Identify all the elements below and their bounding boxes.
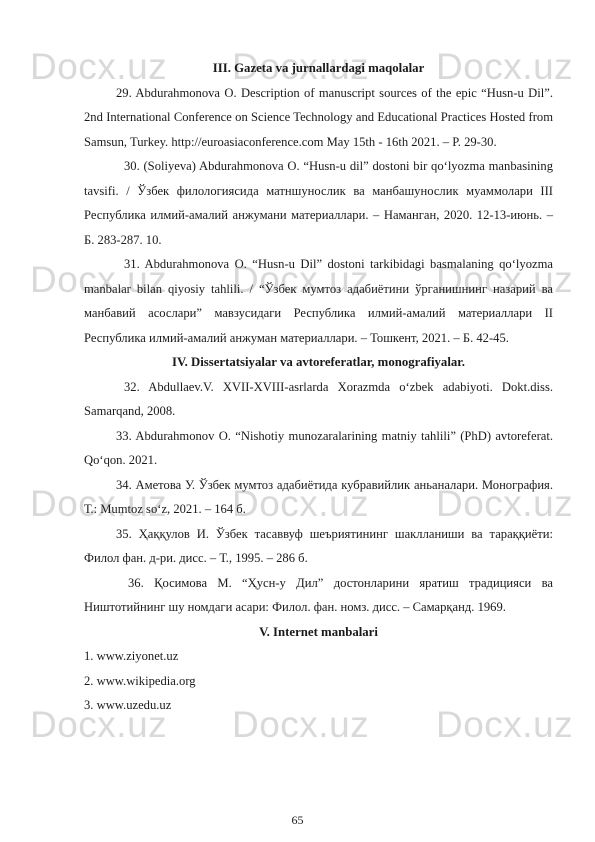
reference-entry-32: 32. Abdullaev.V. XVII-XVIII-asrlarda Xor… — [84, 375, 553, 424]
bibliography: III. Gazeta va jurnallardagi maqolalar 2… — [84, 56, 553, 718]
reference-entry-36: 36. Қосимова М. “Ҳусн-у Дил” достонларин… — [84, 571, 553, 620]
document-page: Docx.uz Docx.uz Docx.uz Docx.uz Docx.uz … — [0, 0, 595, 842]
reference-entry-30: 30. (Soliyeva) Abdurahmonova O. “Husn-u … — [84, 154, 553, 252]
reference-entry-31: 31. Abdurahmonova O. “Husn-u Dil” doston… — [84, 252, 553, 350]
section-heading-internet: V. Internet manbalari — [84, 620, 553, 645]
internet-link[interactable]: 2. www.wikipedia.org — [84, 669, 553, 694]
reference-entry-35: 35. Ҳаққулов И. Ўзбек тасаввуф шеъриятин… — [84, 522, 553, 571]
section-heading-articles: III. Gazeta va jurnallardagi maqolalar — [84, 56, 553, 81]
reference-entry-33: 33. Abdurahmonov O. “Nishotiy munozarala… — [84, 424, 553, 473]
page-number: 65 — [0, 813, 595, 828]
internet-link[interactable]: 1. www.ziyonet.uz — [84, 644, 553, 669]
internet-link[interactable]: 3. www.uzedu.uz — [84, 693, 553, 718]
section-heading-dissertations: IV. Dissertatsiyalar va avtoreferatlar, … — [84, 350, 553, 375]
reference-entry-34: 34. Аметова У. Ўзбек мумтоз адабиётида к… — [84, 473, 553, 522]
reference-entry-29: 29. Abdurahmonova O. Description of manu… — [84, 81, 553, 155]
